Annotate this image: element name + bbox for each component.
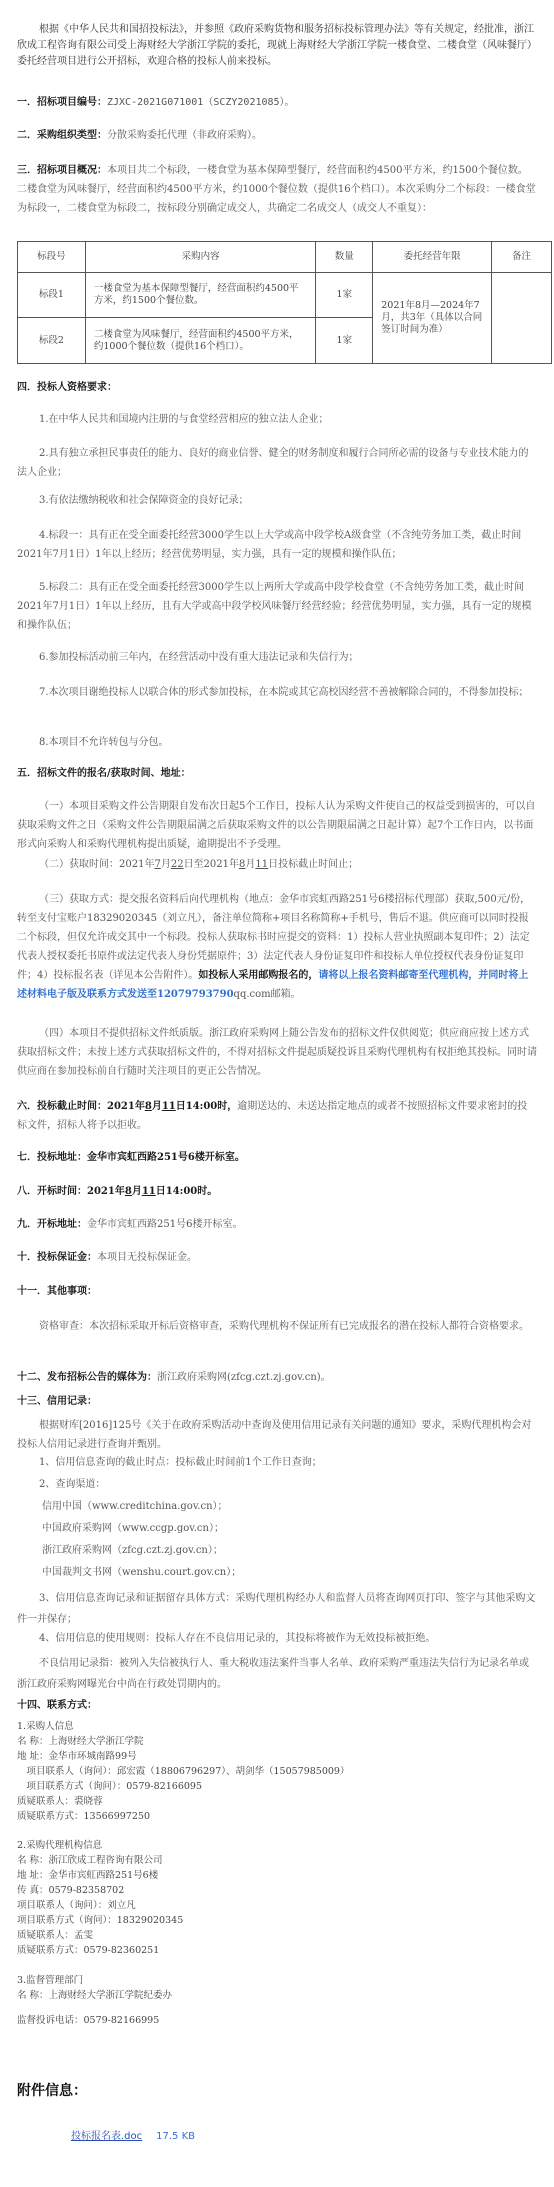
documents-paragraph-3: （三）获取方式：提交报名资料后向代理机构（地点：金华市宾虹西路251号6楼招标代… [17, 890, 537, 1004]
qty-cell: 1家 [316, 318, 373, 364]
attachments-title: 附件信息： [17, 2080, 87, 2100]
content-cell: 二楼食堂为风味餐厅，经营面积约4500平方米，约1000个餐位数（提供16个档口… [85, 318, 315, 364]
note-cell [492, 273, 552, 364]
credit-item: 4、信用信息的使用规则：投标人存在不良信用记录的，其投标将被作为无效投标被拒绝。 [17, 1631, 537, 1647]
contact-line: 地 址：金华市宾虹西路251号6楼 [17, 1868, 183, 1883]
qualification-item: 7.本次项目谢绝投标人以联合体的形式参加投标，在本院或其它高校因经营不善被解除合… [17, 683, 537, 702]
buyer-contact-block: 1.采购人信息 名 称：上海财经大学浙江学院 地 址：金华市环城南路99号 项目… [17, 1719, 349, 1824]
lot-cell: 标段1 [18, 273, 86, 318]
section-credit-title: 十三、信用记录： [17, 1394, 537, 1410]
section-opening-time: 八．开标时间：2021年8月11日14:00时。 [17, 1184, 537, 1200]
contact-line: 1.采购人信息 [17, 1719, 349, 1734]
qualification-item: 1.在中华人民共和国境内注册的与食堂经营相应的独立法人企业； [17, 412, 537, 428]
contact-line: 项目联系人（询问）：刘立凡 [17, 1898, 183, 1913]
section-bid-deadline: 六．投标截止时间：2021年8月11日14:00时，逾期送达的、未送达指定地点的… [17, 1097, 537, 1135]
table-row: 标段1 一楼食堂为基本保障型餐厅，经营面积约4500平方米，约1500个餐位数。… [18, 273, 552, 318]
contact-line: 质疑联系人：孟雯 [17, 1928, 183, 1943]
section-project-number: 一．招标项目编号：ZJXC-2021G071001（SCZY2021085）。 [17, 95, 537, 111]
table-header: 委托经营年限 [373, 242, 492, 273]
table-header: 采购内容 [85, 242, 315, 273]
section-other-value: 资格审查：本次招标采取开标后资格审查，采购代理机构不保证所有已完成报名的潜在投标… [17, 1317, 537, 1336]
section-overview: 三．招标项目概况：本项目共二个标段，一楼食堂为基本保障型餐厅，经营面积约4500… [17, 161, 537, 218]
contact-line: 项目联系方式（询问）：0579-82166095 [17, 1779, 349, 1794]
contact-line: 传 真：0579-82358702 [17, 1883, 183, 1898]
section-procurement-type: 二．采购组织类型：分散采购委托代理（非政府采购）。 [17, 128, 537, 144]
table-header: 数量 [316, 242, 373, 273]
contact-line: 质疑联系人：裘晓蓉 [17, 1794, 349, 1809]
credit-item: 1、信用信息查询的截止时点：投标截止时间前1个工作日查询； [39, 1455, 554, 1471]
documents-paragraph-4: （四）本项目不提供招标文件纸质版。浙江政府采购网上随公告发布的招标文件仅供阅览；… [17, 1024, 537, 1081]
credit-channel: 浙江政府采购网（zfcg.czt.zj.gov.cn）； [42, 1543, 554, 1559]
section-qualifications-title: 四．投标人资格要求： [17, 380, 537, 396]
qualification-item: 3.有依法缴纳税收和社会保障资金的良好记录； [17, 493, 537, 509]
contact-line: 名 称：浙江欣成工程咨询有限公司 [17, 1853, 183, 1868]
project-number: ZJXC-2021G071001（SCZY2021085）。 [107, 97, 295, 108]
supervisor-contact-block: 3.监督管理部门 名 称：上海财经大学浙江学院纪委办 [17, 1973, 172, 2003]
contact-line: 名 称：上海财经大学浙江学院 [17, 1734, 349, 1749]
section-deposit: 十．投标保证金：本项目无投标保证金。 [17, 1250, 537, 1266]
credit-channel: 信用中国（www.creditchina.gov.cn）； [42, 1499, 554, 1515]
contact-line: 质疑联系方式：13566997250 [17, 1809, 349, 1824]
qualification-item: 4.标段一：具有正在受全面委托经营3000学生以上大学或高中段学校A级食堂（不含… [17, 526, 537, 564]
credit-item: 3、信用信息查询记录和证据留存具体方式：采购代理机构经办人和监督人员将查询网页打… [17, 1588, 537, 1630]
section-label: 三．招标项目概况： [17, 165, 107, 176]
credit-channel: 中国裁判文书网（wenshu.court.gov.cn）； [42, 1565, 554, 1581]
section-label: 二．采购组织类型： [17, 130, 107, 141]
qualification-item: 6.参加投标活动前三年内，在经营活动中没有重大违法记录和失信行为； [17, 650, 537, 666]
complaint-phone: 监督投诉电话：0579-82166995 [17, 2013, 159, 2028]
credit-channel: 中国政府采购网（www.ccgp.gov.cn）； [42, 1521, 554, 1537]
agency-contact-block: 2.采购代理机构信息 名 称：浙江欣成工程咨询有限公司 地 址：金华市宾虹西路2… [17, 1838, 183, 1958]
section-documents-title: 五．招标文件的报名/获取时间、地址： [17, 766, 537, 782]
section-bid-address: 七．投标地址：金华市宾虹西路251号6楼开标室。 [17, 1150, 537, 1166]
lots-table: 标段号 采购内容 数量 委托经营年限 备注 标段1 一楼食堂为基本保障型餐厅，经… [17, 241, 552, 364]
intro-paragraph: 根据《中华人民共和国招投标法》，并参照《政府采购货物和服务招标投标管理办法》等有… [17, 22, 537, 70]
section-value: 分散采购委托代理（非政府采购）。 [107, 130, 262, 141]
qualification-item: 2.具有独立承担民事责任的能力、良好的商业信誉、健全的财务制度和履行合同所必需的… [17, 444, 537, 482]
qualification-item: 8.本项目不允许转包与分包。 [17, 735, 537, 751]
term-cell: 2021年8月—2024年7月，共3年（具体以合同签订时间为准） [373, 273, 492, 364]
section-contact-title: 十四、联系方式： [17, 1698, 537, 1714]
credit-intro: 根据财库[2016]125号《关于在政府采购活动中查询及使用信用记录有关问题的通… [17, 1416, 537, 1454]
documents-paragraph-1: （一）本项目采购文件公告期限自发布次日起5个工作日，投标人认为采购文件使自己的权… [17, 797, 537, 854]
contact-line: 名 称：上海财经大学浙江学院纪委办 [17, 1988, 172, 2003]
table-header: 标段号 [18, 242, 86, 273]
attachment-link[interactable]: 投标报名表.doc [71, 2131, 142, 2142]
contact-line: 地 址：金华市环城南路99号 [17, 1749, 349, 1764]
section-opening-address: 九．开标地址：金华市宾虹西路251号6楼开标室。 [17, 1217, 537, 1233]
table-header: 备注 [492, 242, 552, 273]
contact-line: 项目联系人（询问）：邱宏霞（18806796297）、胡剑华（150579850… [17, 1764, 349, 1779]
content-cell: 一楼食堂为基本保障型餐厅，经营面积约4500平方米，约1500个餐位数。 [85, 273, 315, 318]
attachment-item: 投标报名表.doc17.5 KB [71, 2127, 195, 2142]
section-label: 一．招标项目编号： [17, 97, 107, 108]
table-header-row: 标段号 采购内容 数量 委托经营年限 备注 [18, 242, 552, 273]
section-media: 十二、发布招标公告的媒体为：浙江政府采购网(zfcg.czt.zj.gov.cn… [17, 1370, 537, 1386]
credit-item: 不良信用记录指：被列入失信被执行人、重大税收违法案件当事人名单、政府采购严重违法… [17, 1653, 537, 1695]
contact-line: 质疑联系方式：0579-82360251 [17, 1943, 183, 1958]
lot-cell: 标段2 [18, 318, 86, 364]
announcement-page: 根据《中华人民共和国招投标法》，并参照《政府采购货物和服务招标投标管理办法》等有… [0, 0, 554, 2187]
attachment-size: 17.5 KB [156, 2131, 195, 2142]
section-other-title: 十一．其他事项： [17, 1284, 537, 1300]
contact-line: 2.采购代理机构信息 [17, 1838, 183, 1853]
contact-line: 项目联系方式（询问）：18329020345 [17, 1913, 183, 1928]
contact-line: 3.监督管理部门 [17, 1973, 172, 1988]
documents-paragraph-2: （二）获取时间：2021年7月22日至2021年8月11日投标截止时间止； [17, 857, 537, 873]
qty-cell: 1家 [316, 273, 373, 318]
qualification-item: 5.标段二：具有正在受全面委托经营3000学生以上两所大学或高中段学校食堂（不含… [17, 578, 537, 635]
credit-item: 2、查询渠道： [39, 1477, 554, 1493]
